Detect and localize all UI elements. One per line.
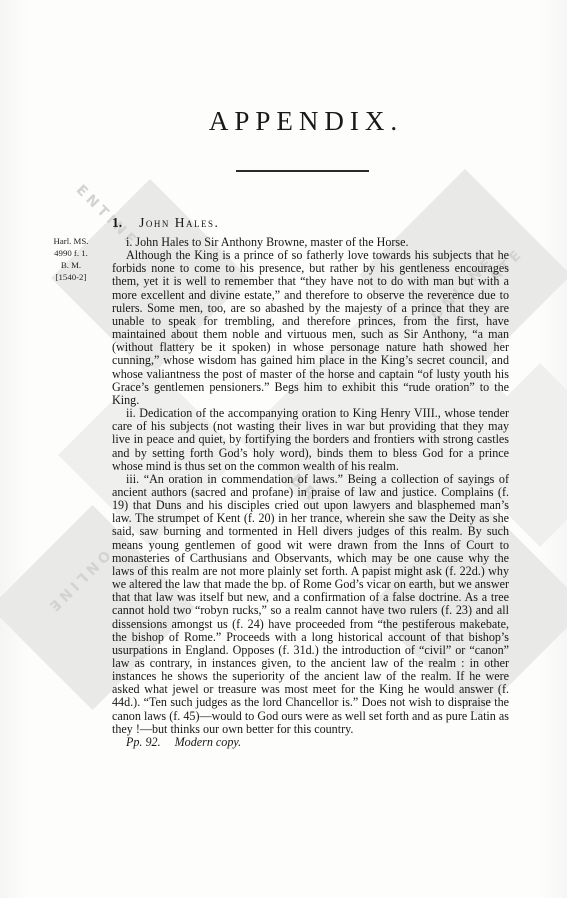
paragraph: ii. Dedication of the accompanying orati… (112, 407, 509, 473)
paragraph: Although the King is a prince of so fath… (112, 249, 509, 407)
copy-note: Modern copy. (175, 735, 242, 749)
page-title: APPENDIX. (106, 106, 506, 137)
entry-body: i. John Hales to Sir Anthony Browne, mas… (112, 236, 509, 749)
margin-note-line: B. M. (38, 260, 104, 272)
margin-note: Harl. MS. 4990 f. 1. B. M. [1540-2] (38, 236, 104, 284)
page-content: APPENDIX. 1.John Hales. Harl. MS. 4990 f… (0, 0, 567, 898)
scanned-page: ENTINE ONLINE BR ATE ONLINE APPENDIX. 1.… (0, 0, 567, 898)
paragraph: iii. “An oration in commendation of laws… (112, 473, 509, 736)
margin-note-line: 4990 f. 1. (38, 248, 104, 260)
margin-note-line: [1540-2] (38, 272, 104, 284)
title-divider (236, 170, 369, 172)
margin-note-line: Harl. MS. (38, 236, 104, 248)
section-name: John Hales. (139, 215, 219, 230)
section-heading: 1.John Hales. (112, 215, 219, 231)
section-number: 1. (112, 215, 122, 230)
page-count: Pp. 92. (126, 735, 161, 749)
footer-note: Pp. 92.Modern copy. (112, 736, 509, 749)
